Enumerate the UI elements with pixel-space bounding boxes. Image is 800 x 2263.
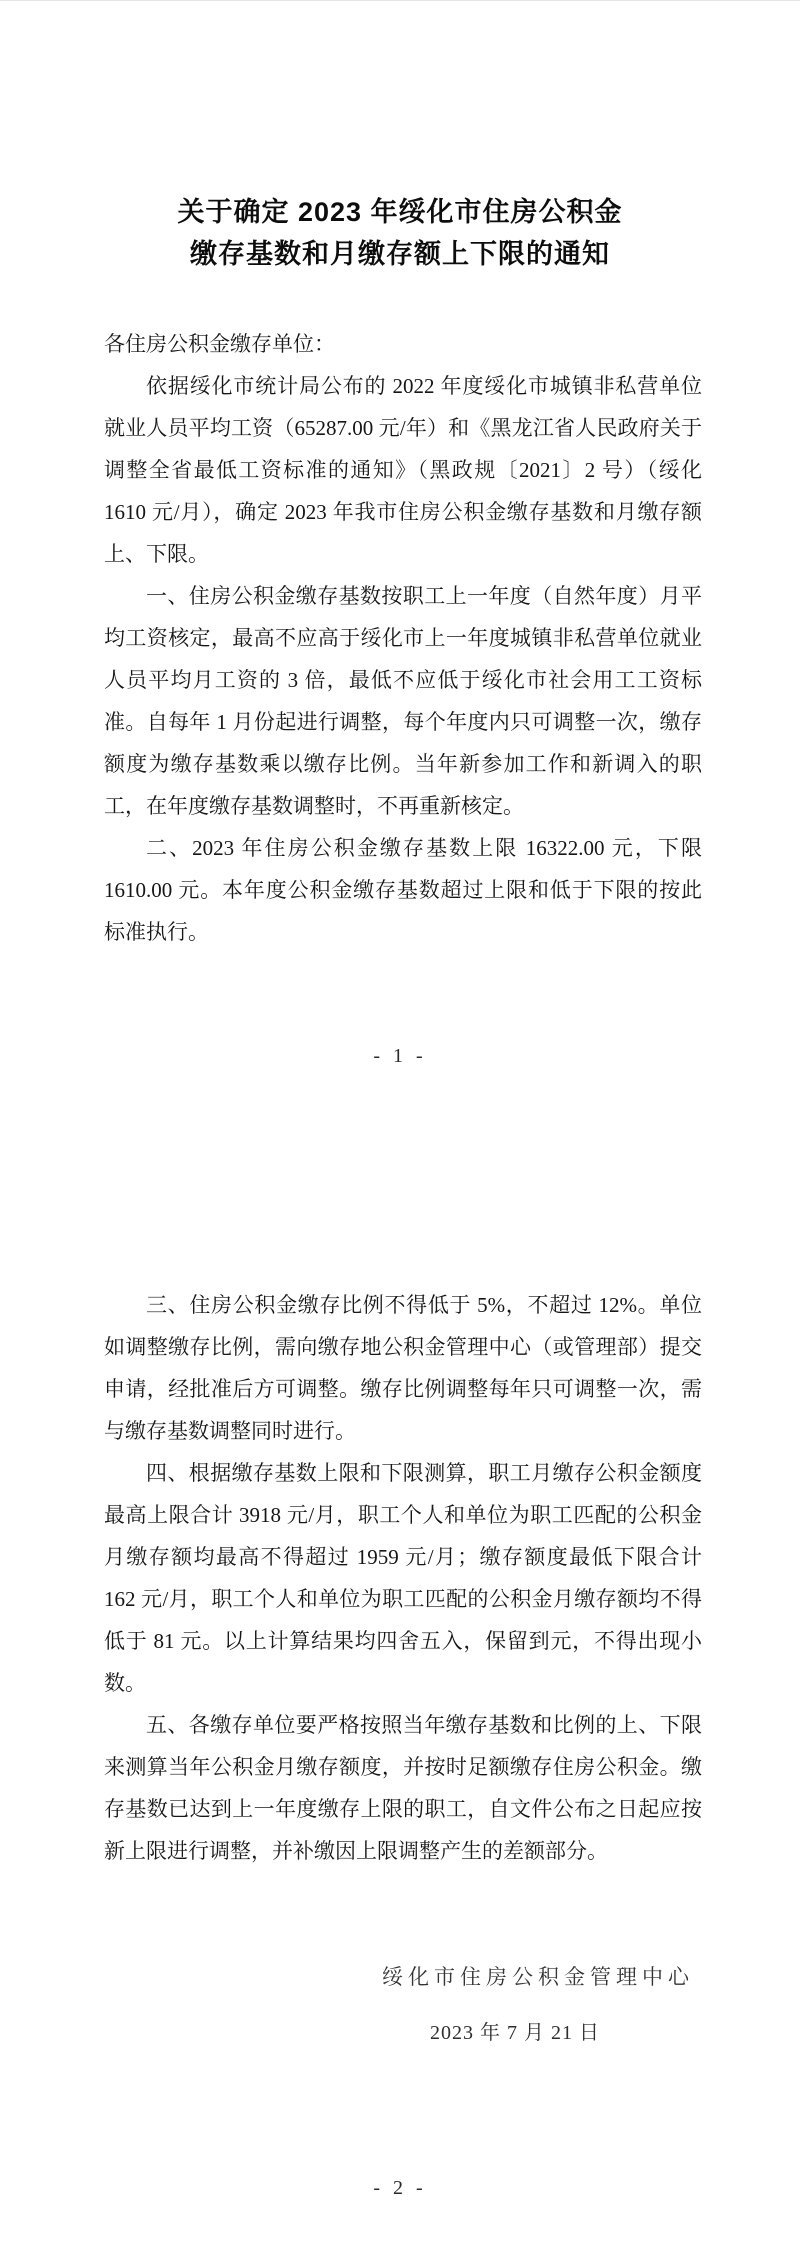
page2-body: 三、住房公积金缴存比例不得低于 5%，不超过 12%。单位如调整缴存比例，需向缴… — [104, 1284, 702, 1872]
issue-date: 2023 年 7 月 21 日 — [430, 2016, 600, 2045]
document-title-line1: 关于确定 2023 年绥化市住房公积金 — [0, 191, 800, 233]
paragraph-item-1: 一、住房公积金缴存基数按职工上一年度（自然年度）月平均工资核定，最高不应高于绥化… — [104, 575, 702, 827]
paragraph-item-5: 五、各缴存单位要严格按照当年缴存基数和比例的上、下限来测算当年公积金月缴存额度，… — [104, 1704, 702, 1872]
issuing-authority: 绥化市住房公积金管理中心 — [382, 1961, 694, 1991]
paragraph-item-2: 二、2023 年住房公积金缴存基数上限 16322.00 元，下限 1610.0… — [104, 827, 702, 953]
document-page: 关于确定 2023 年绥化市住房公积金 缴存基数和月缴存额上下限的通知 各住房公… — [0, 0, 800, 2263]
page2-number: - 2 - — [0, 2177, 800, 2200]
page1-number: - 1 - — [0, 1045, 800, 1068]
document-title: 关于确定 2023 年绥化市住房公积金 缴存基数和月缴存额上下限的通知 — [0, 191, 800, 275]
salutation: 各住房公积金缴存单位： — [104, 323, 702, 365]
page1-body: 各住房公积金缴存单位： 依据绥化市统计局公布的 2022 年度绥化市城镇非私营单… — [104, 323, 702, 953]
paragraph-item-4: 四、根据缴存基数上限和下限测算，职工月缴存公积金额度最高上限合计 3918 元/… — [104, 1452, 702, 1704]
paragraph-intro: 依据绥化市统计局公布的 2022 年度绥化市城镇非私营单位就业人员平均工资（65… — [104, 365, 702, 575]
paragraph-item-3: 三、住房公积金缴存比例不得低于 5%，不超过 12%。单位如调整缴存比例，需向缴… — [104, 1284, 702, 1452]
document-title-line2: 缴存基数和月缴存额上下限的通知 — [0, 233, 800, 275]
